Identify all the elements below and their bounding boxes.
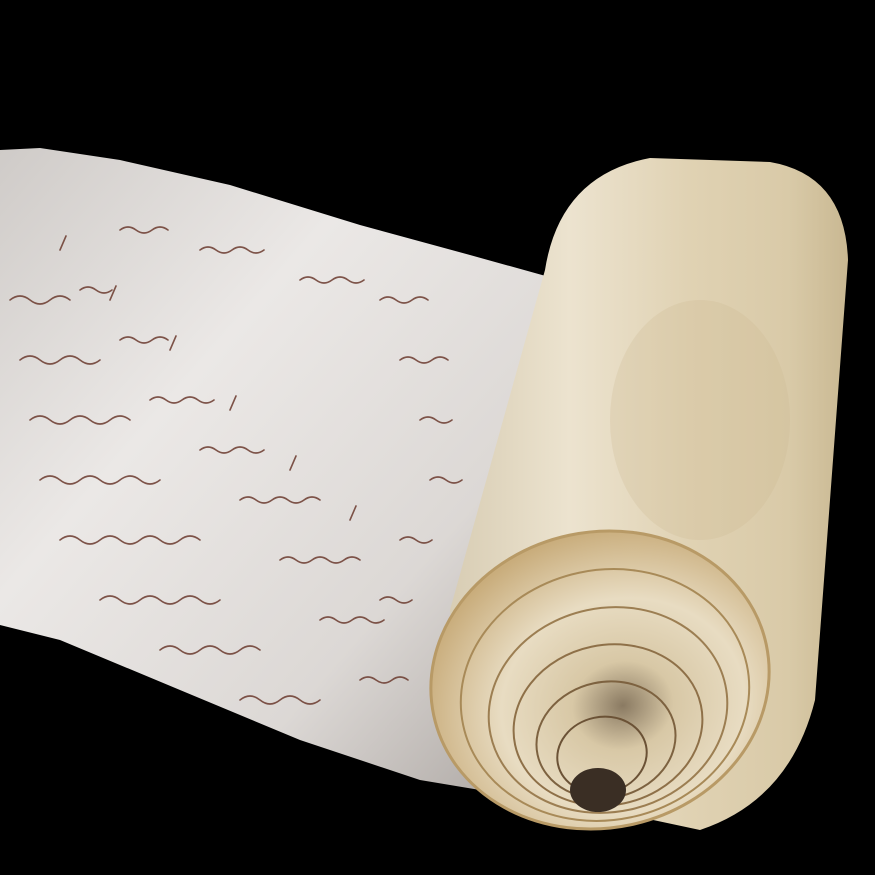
photo-scene: Rolled medieval parchment scroll with ha… [0, 0, 875, 875]
roll-stain [610, 300, 790, 540]
scroll-illustration [0, 0, 875, 875]
